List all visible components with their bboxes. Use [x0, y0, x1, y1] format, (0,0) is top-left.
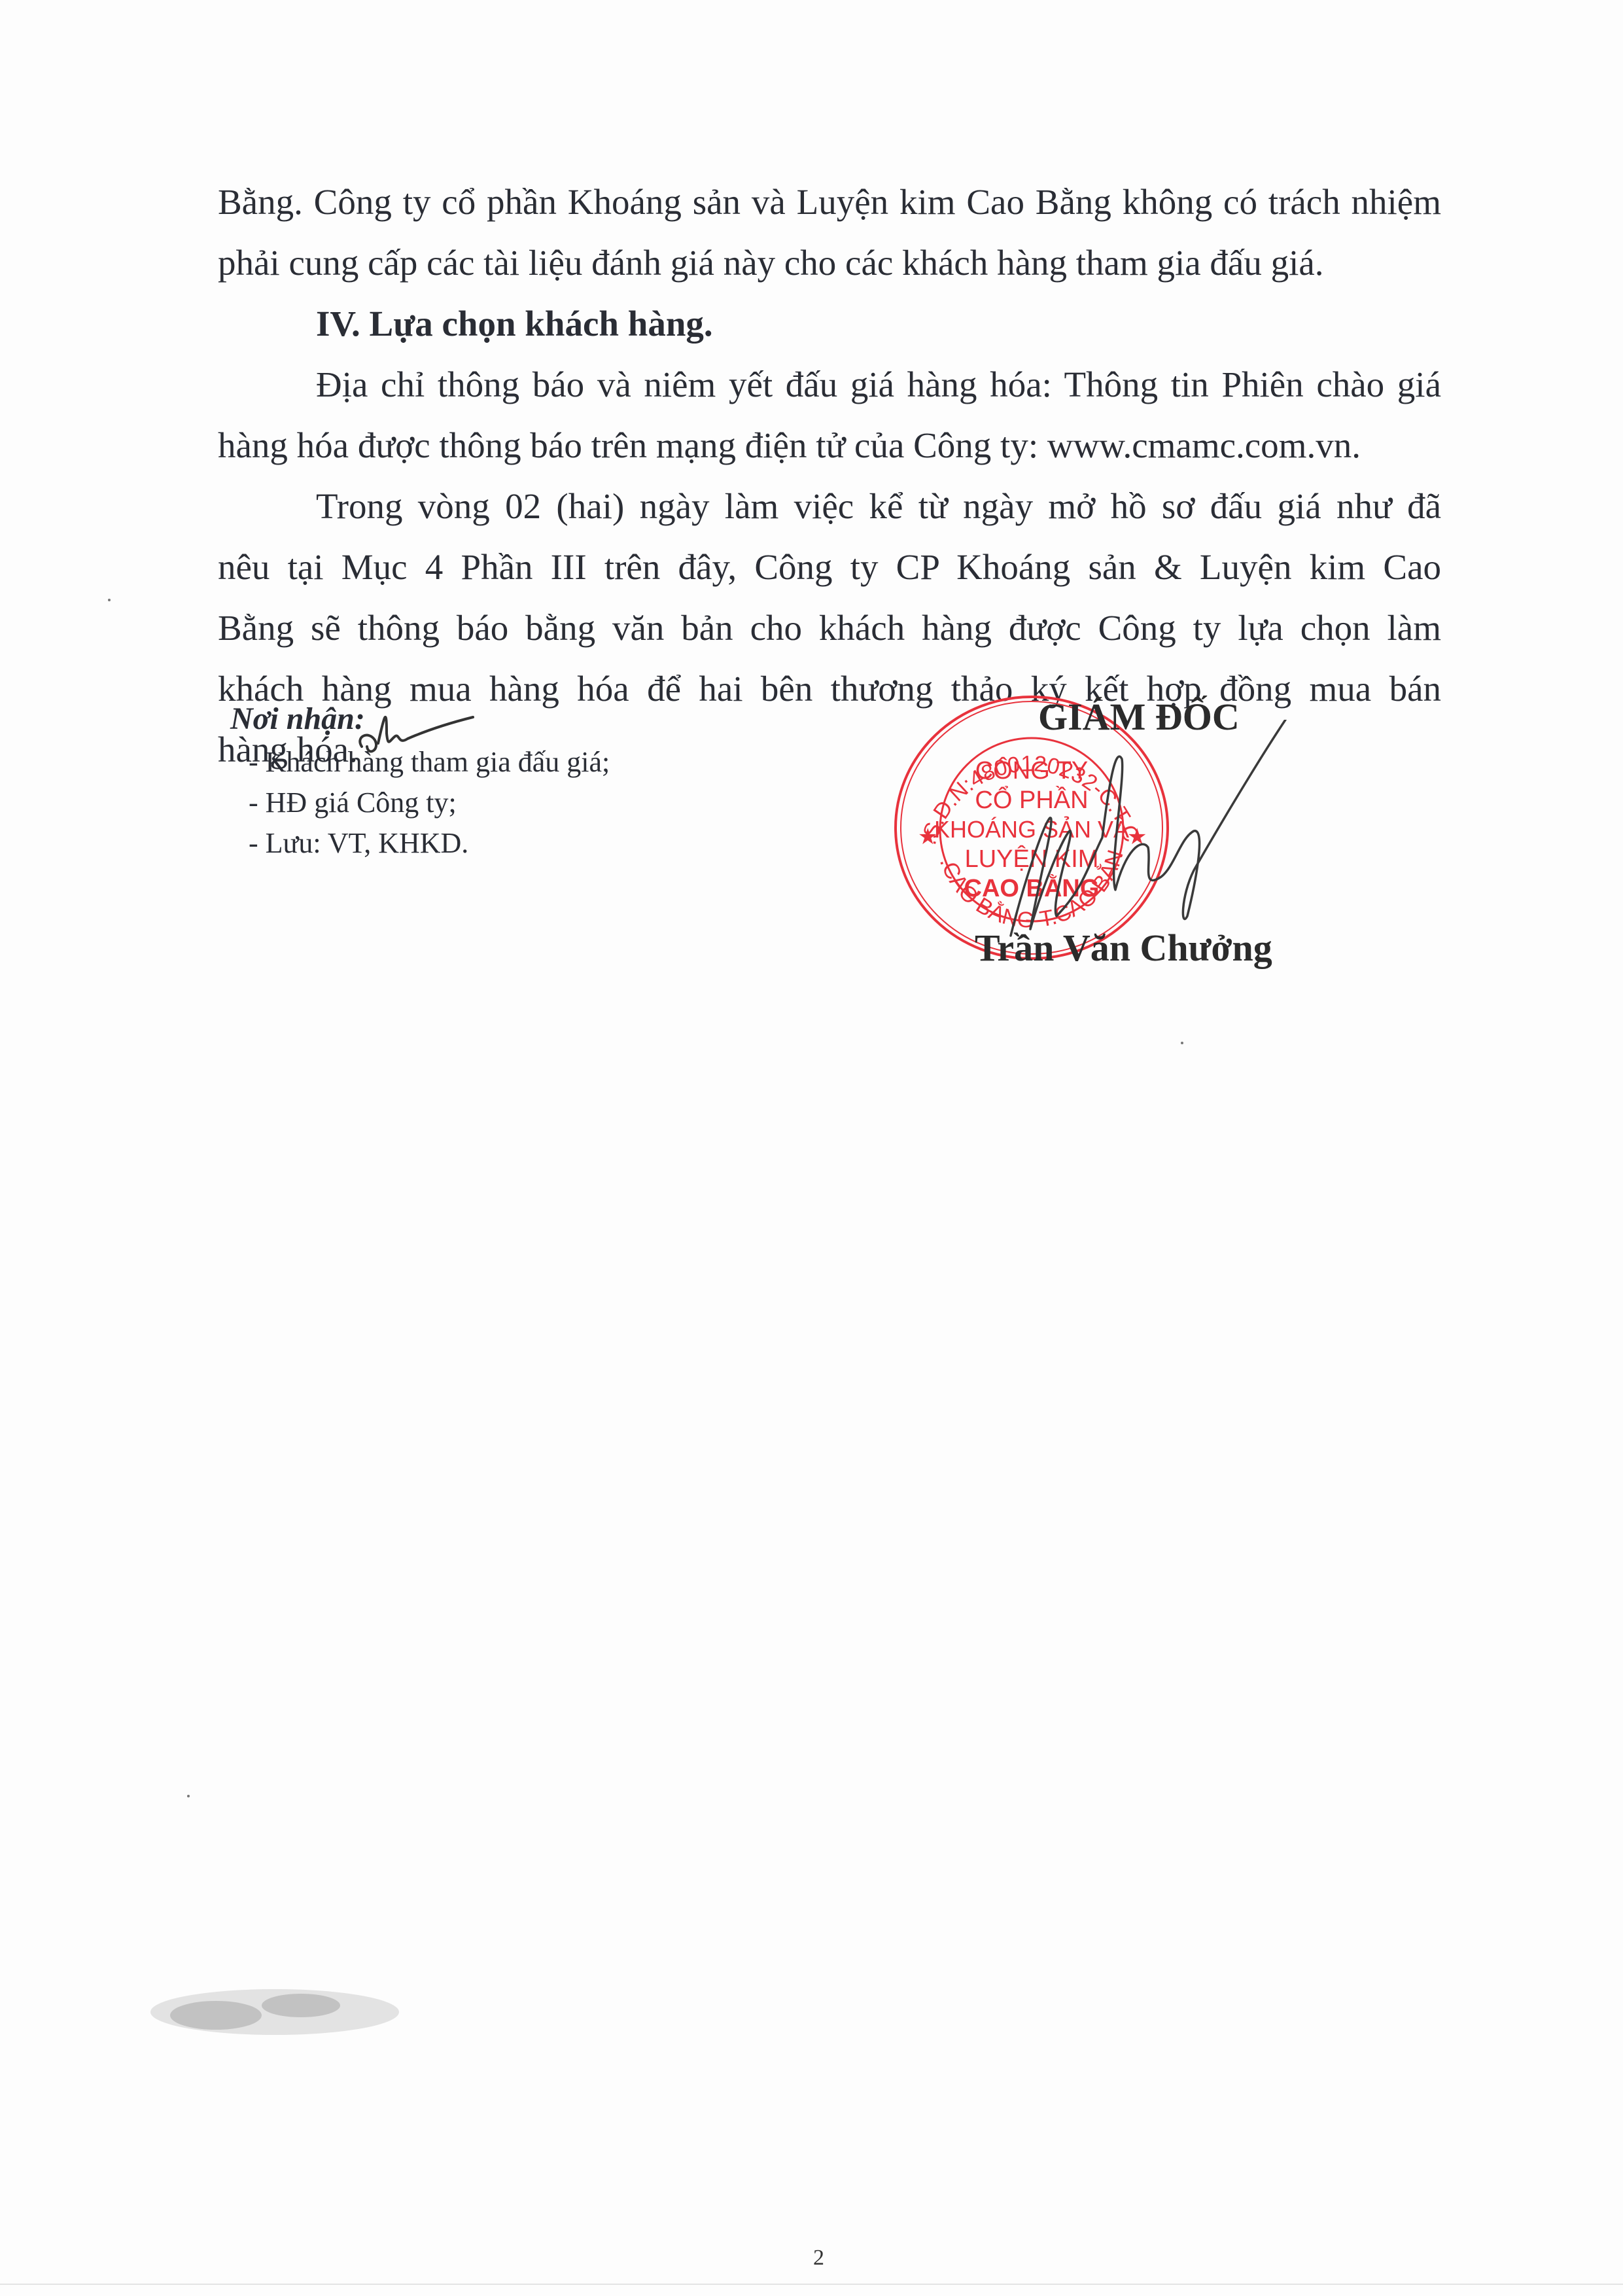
selection-line: nêu tại Mục 4 Phần III trên đây, Công ty… — [218, 537, 1441, 597]
document-page: Bằng. Công ty cổ phần Khoáng sản và Luyệ… — [0, 0, 1623, 2296]
page-edge — [0, 2284, 1623, 2285]
signature-block: M.S.D.N:4800120232-C.T.C.P TP.CAO BẰNG-T… — [886, 680, 1397, 988]
selection-line: Trong vòng 02 (hai) ngày làm việc kể từ … — [218, 476, 1441, 537]
recipient-item: - Lưu: VT, KHKD. — [230, 823, 610, 864]
selection-line: Bằng sẽ thông báo bằng văn bản cho khách… — [218, 597, 1441, 658]
section-heading: IV. Lựa chọn khách hàng. — [218, 293, 1441, 354]
handwritten-signature-icon — [985, 720, 1312, 942]
recipient-item: - HĐ giá Công ty; — [230, 783, 610, 823]
scan-speck — [108, 599, 111, 601]
address-line: hàng hóa được thông báo trên mạng điện t… — [218, 415, 1441, 476]
scan-speck — [1181, 1042, 1183, 1044]
recipients-block: Nơi nhận: - Khách hàng tham gia đấu giá;… — [230, 696, 610, 864]
signer-name: Trần Văn Chưởng — [975, 926, 1272, 970]
recipient-item: - Khách hàng tham gia đấu giá; — [230, 742, 610, 783]
body-line: Bằng. Công ty cổ phần Khoáng sản và Luyệ… — [218, 171, 1441, 232]
page-number: 2 — [813, 2246, 824, 2270]
scan-speck — [187, 1795, 190, 1797]
scan-smudge — [144, 1976, 419, 2048]
body-line: phải cung cấp các tài liệu đánh giá này … — [218, 232, 1441, 293]
address-line: Địa chỉ thông báo và niêm yết đấu giá hà… — [218, 354, 1441, 415]
recipients-title: Nơi nhận: — [230, 696, 610, 742]
